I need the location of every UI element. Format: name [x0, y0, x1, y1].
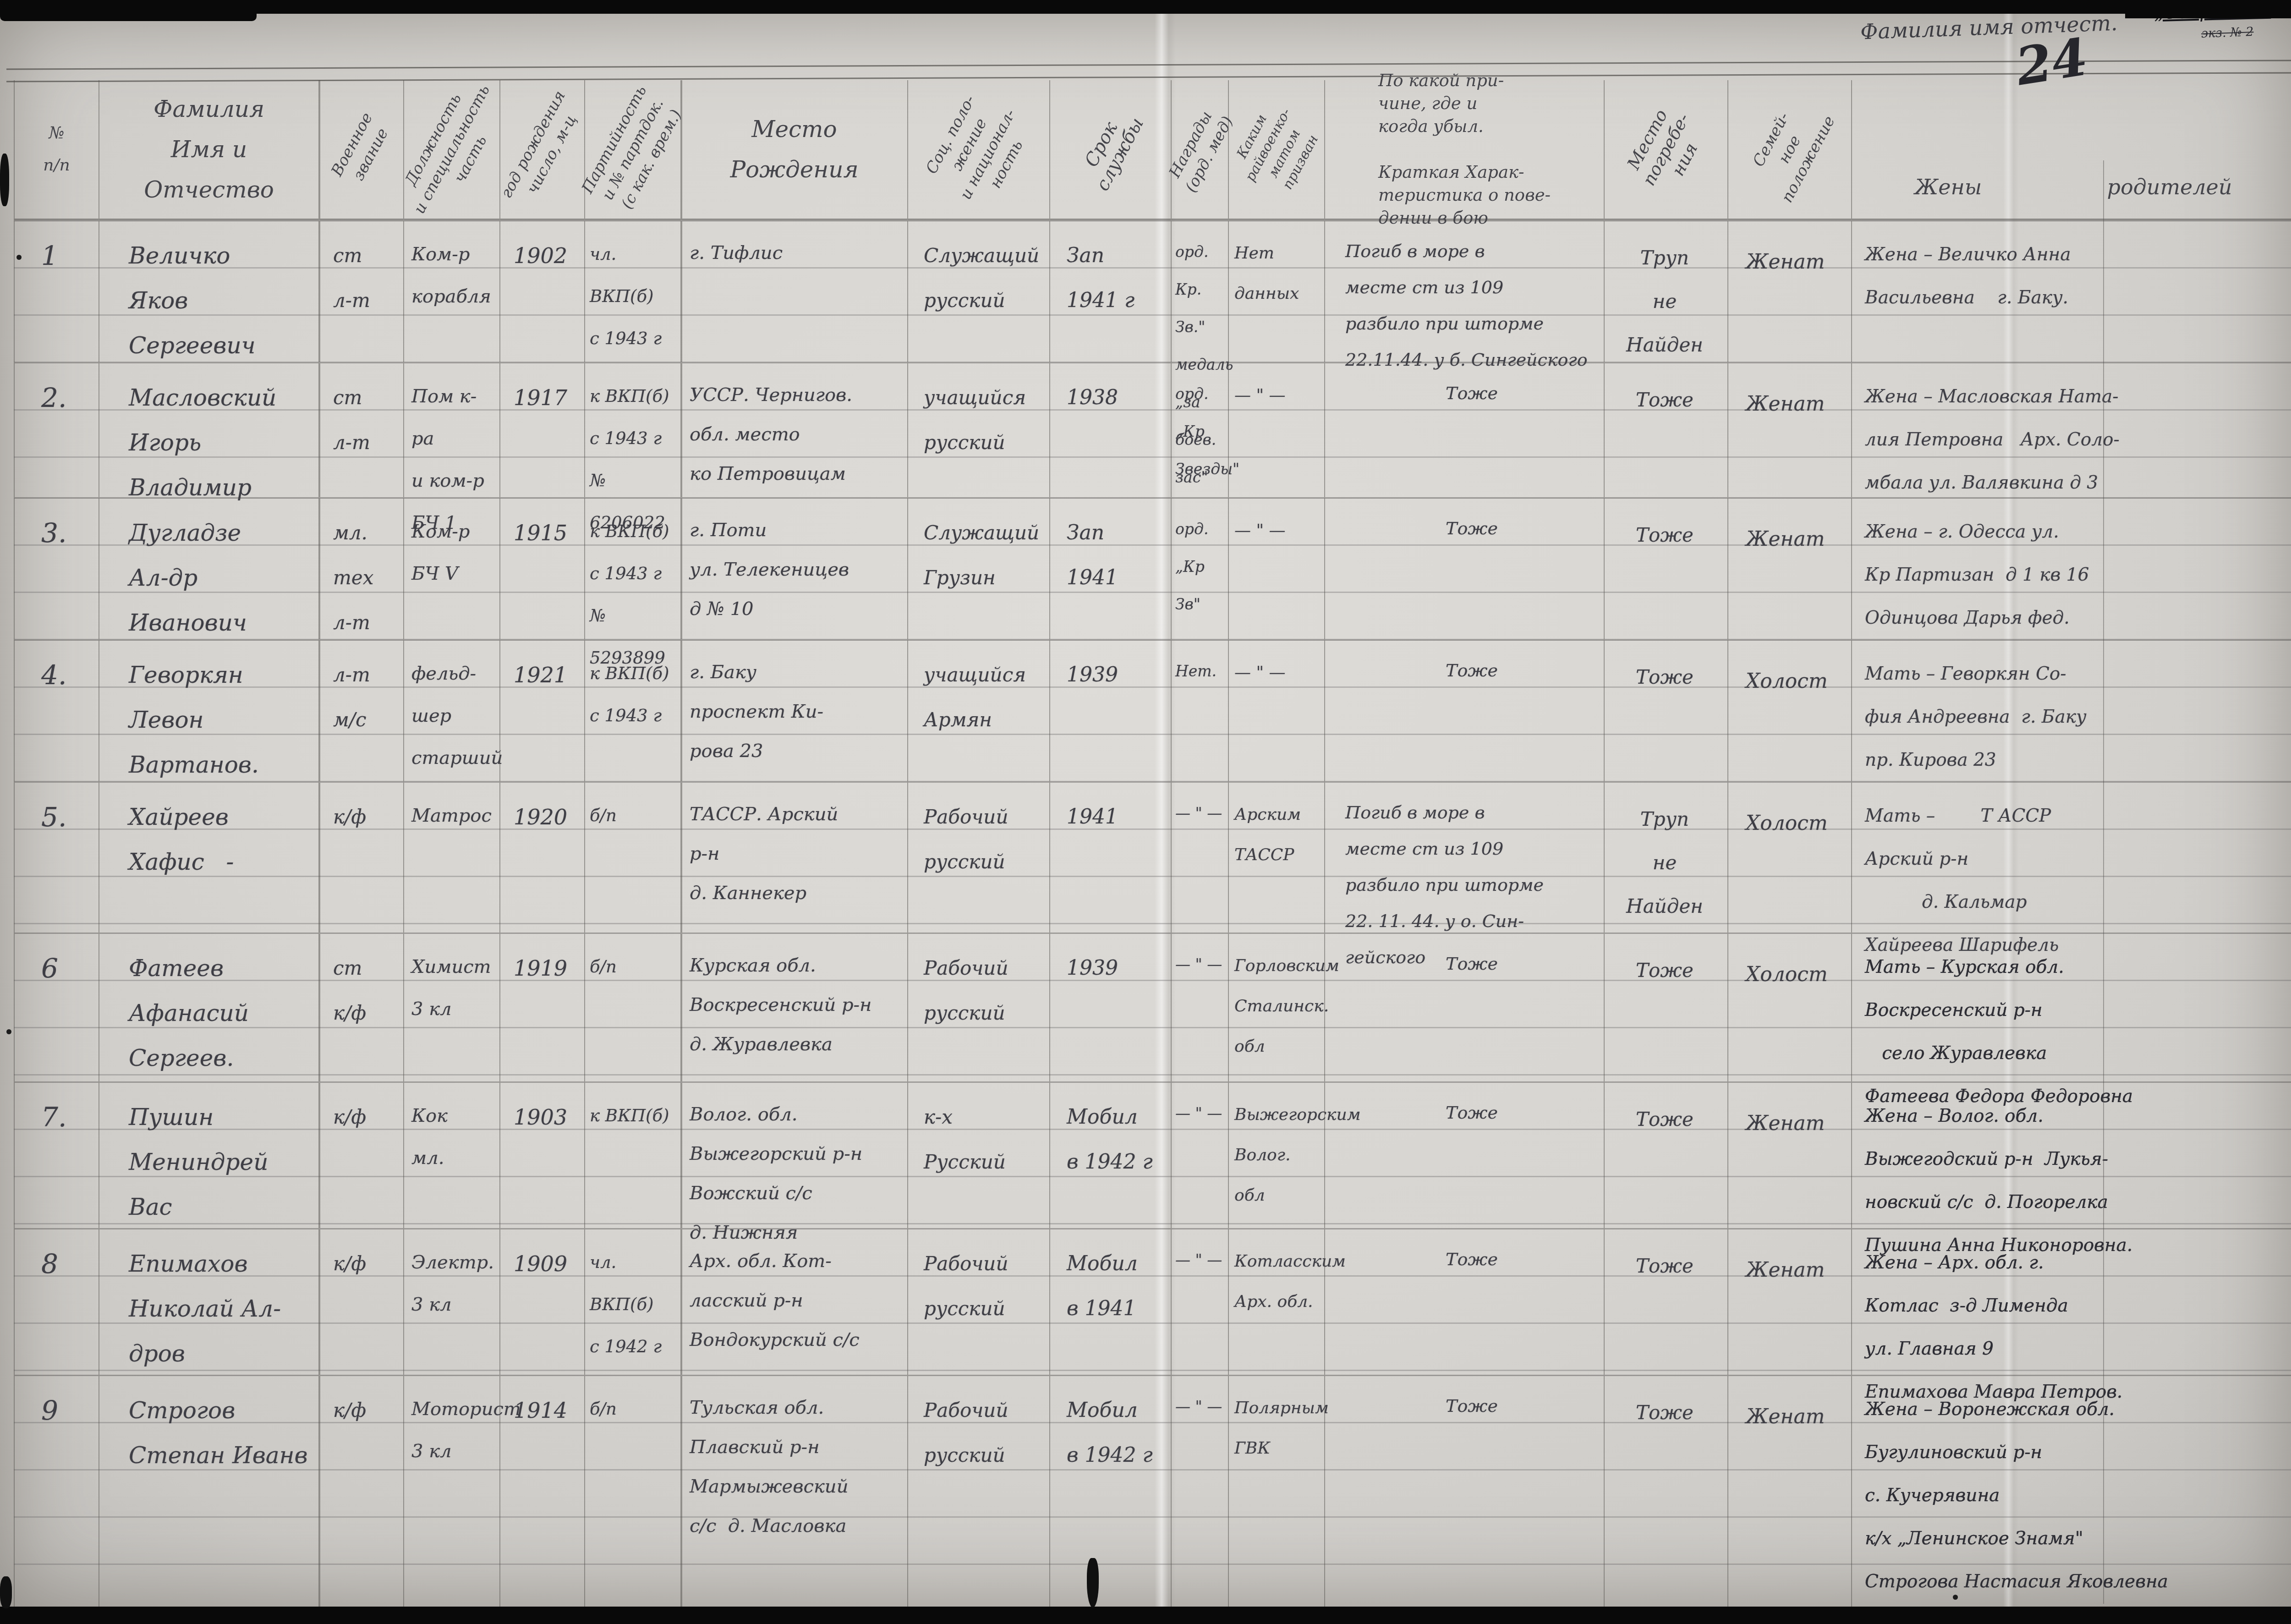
r4-social: учащийся Армян [907, 639, 1049, 781]
r4-awards: Нет. [1171, 639, 1228, 781]
scan-edge-top-right [2125, 0, 2291, 18]
r5-service: 1941 [1049, 781, 1171, 933]
r2-birthplace: УССР. Чернигов. обл. место ко Петровицам [680, 362, 907, 497]
hdr-rank: Военное звание [318, 80, 403, 220]
r2-party: к ВКП(б) с 1943 г № 6206022 [584, 362, 680, 497]
family-subcolumn-divider [2103, 160, 2104, 1604]
r1-awards: орд. Кр. Зв." медаль „за боев. зас" [1171, 220, 1228, 362]
r3-party: к ВКП(б) с 1943 г № 5293899 [584, 497, 680, 639]
r8-birth-year: 1909 [499, 1228, 584, 1375]
r5-family: Мать – Т АССР Арский р-н д. Кальмар Хайр… [1851, 781, 2291, 933]
hdr-name: Фамилия Имя и Отчество [99, 80, 318, 220]
r7-service: Мобил в 1942 г [1049, 1081, 1171, 1228]
r6-birthplace: Курская обл. Воскресенский р-н д. Журавл… [680, 933, 907, 1081]
r8-marital: Женат [1727, 1228, 1851, 1375]
r6-service: 1939 [1049, 933, 1171, 1081]
r7-name: Пушин Мениндрей Вас [99, 1081, 318, 1228]
r9-rank: к/ф [318, 1375, 403, 1624]
r8-cause: Тоже [1324, 1228, 1604, 1375]
hdr-birthplace: Место Рождения [680, 80, 907, 220]
r1-cause: Погиб в море в месте ст из 109 разбило п… [1324, 220, 1604, 362]
r8-social: Рабочий русский [907, 1228, 1049, 1375]
r4-party: к ВКП(б) с 1943 г [584, 639, 680, 781]
r8-birthplace: Арх. обл. Кот- ласский р-н Вондокурский … [680, 1228, 907, 1375]
r8-name: Епимахов Николай Ал-дров [99, 1228, 318, 1375]
r9-num: 9 [14, 1375, 99, 1624]
r1-party: чл. ВКП(б) с 1943 г [584, 220, 680, 362]
r8-rank: к/ф [318, 1228, 403, 1375]
r9-name: Строгов Степан Иванв [99, 1375, 318, 1624]
r6-birth-year: 1919 [499, 933, 584, 1081]
hdr-family-wife-label: Жены [1915, 175, 1982, 199]
r3-marital: Женат [1727, 497, 1851, 639]
hdr-draft-office: Каким райвоенко- матом призван [1228, 80, 1324, 220]
hdr-burial-label: Место погребе- ния [1620, 100, 1713, 199]
r9-service: Мобил в 1942 г [1049, 1375, 1171, 1624]
scan-speck [1953, 1595, 1958, 1600]
r9-social: Рабочий русский [907, 1375, 1049, 1624]
r1-name: Величко Яков Сергеевич [99, 220, 318, 362]
r1-burial: Труп не Найден [1604, 220, 1727, 362]
r9-cause: Тоже [1324, 1375, 1604, 1624]
hdr-cause-label: По какой при- чине, где и когда убыл. Кр… [1378, 69, 1551, 230]
hdr-family-parents-label: родителей [2107, 175, 2232, 199]
hdr-party-label: Партийность и № партдок. (с как. врем.) [577, 82, 689, 217]
r1-service: Зап 1941 г [1049, 220, 1171, 362]
r3-name: Дугладзе Ал-др Иванович [99, 497, 318, 639]
r7-duty: Кок мл. [403, 1081, 499, 1228]
r8-num: 8 [14, 1228, 99, 1375]
hdr-duty-label: Должность и специальность часть [390, 71, 514, 228]
r2-cause: Тоже [1324, 362, 1604, 497]
r3-duty: Ком-р БЧ V [403, 497, 499, 639]
hdr-rank-label: Военное звание [326, 109, 396, 190]
r4-cause: Тоже [1324, 639, 1604, 781]
r9-party: б/п [584, 1375, 680, 1624]
r6-party: б/п [584, 933, 680, 1081]
hdr-social: Соц. поло- жение и национал- ность [907, 80, 1049, 220]
r3-rank: мл. тех л-т [318, 497, 403, 639]
hdr-social-label: Соц. поло- жение и национал- ность [918, 86, 1039, 213]
copy-number-note: экз. № 2 [2201, 25, 2253, 41]
r5-party: б/п [584, 781, 680, 933]
hdr-marital: Семей- ное положение [1727, 80, 1851, 220]
r2-draft-office: — " — [1228, 362, 1324, 497]
r4-birth-year: 1921 [499, 639, 584, 781]
r6-burial: Тоже [1604, 933, 1727, 1081]
hdr-num-label: № п/п [43, 117, 70, 181]
hdr-awards-label: Награды (орд. мед) [1162, 103, 1238, 196]
r3-service: Зап 1941 [1049, 497, 1171, 639]
r5-num: 5. [14, 781, 99, 933]
r5-name: Хайреев Хафис - [99, 781, 318, 933]
r7-birth-year: 1903 [499, 1081, 584, 1228]
r6-name: Фатеев Афанасий Сергеев. [99, 933, 318, 1081]
r1-social: Служащий русский [907, 220, 1049, 362]
r1-family: Жена – Величко Анна Васильевна г. Баку. [1851, 220, 2291, 362]
r1-rank: ст л-т [318, 220, 403, 362]
r7-social: к-х Русский [907, 1081, 1049, 1228]
r8-duty: Электр. 3 кл [403, 1228, 499, 1375]
r3-birth-year: 1915 [499, 497, 584, 639]
r8-party: чл. ВКП(б) с 1942 г [584, 1228, 680, 1375]
hdr-cause: По какой при- чине, где и когда убыл. Кр… [1324, 80, 1604, 220]
r7-marital: Женат [1727, 1081, 1851, 1228]
r4-birthplace: г. Баку проспект Ки- рова 23 [680, 639, 907, 781]
r5-social: Рабочий русский [907, 781, 1049, 933]
r8-awards: — " — [1171, 1228, 1228, 1375]
r2-duty: Пом к-ра и ком-р БЧ 1 [403, 362, 499, 497]
scan-edge-bottom [0, 1607, 2291, 1624]
r1-birthplace: г. Тифлис [680, 220, 907, 362]
r2-marital: Женат [1727, 362, 1851, 497]
r4-burial: Тоже [1604, 639, 1727, 781]
page-number: 24 [2012, 27, 2092, 98]
scan-edge-top [0, 0, 2291, 14]
r9-awards: — " — [1171, 1375, 1228, 1624]
scan-artifact [0, 1576, 12, 1608]
r8-burial: Тоже [1604, 1228, 1727, 1375]
r3-awards: орд. „Кр Зв" [1171, 497, 1228, 639]
r4-name: Геворкян Левон Вартанов. [99, 639, 318, 781]
r5-marital: Холост [1727, 781, 1851, 933]
r4-family: Мать – Геворкян Со- фия Андреевна г. Бак… [1851, 639, 2291, 781]
r5-cause: Погиб в море в месте ст из 109 разбило п… [1324, 781, 1604, 933]
r5-birth-year: 1920 [499, 781, 584, 933]
scan-artifact [1087, 1558, 1099, 1608]
r2-name: Масловский Игорь Владимир [99, 362, 318, 497]
r1-birth-year: 1902 [499, 220, 584, 362]
r3-family: Жена – г. Одесса ул. Кр Партизан д 1 кв … [1851, 497, 2291, 639]
r9-draft-office: Полярным ГВК [1228, 1375, 1324, 1624]
r6-family: Мать – Курская обл. Воскресенский р-н се… [1851, 933, 2291, 1081]
r7-rank: к/ф [318, 1081, 403, 1228]
r3-cause: Тоже [1324, 497, 1604, 639]
r6-cause: Тоже [1324, 933, 1604, 1081]
r6-duty: Химист 3 кл [403, 933, 499, 1081]
r1-num: 1 [14, 220, 99, 362]
r5-awards: — " — [1171, 781, 1228, 933]
hdr-birthplace-label: Место Рождения [730, 109, 858, 190]
r2-burial: Тоже [1604, 362, 1727, 497]
r5-burial: Труп не Найден [1604, 781, 1727, 933]
hdr-party: Партийность и № партдок. (с как. врем.) [584, 80, 680, 220]
r5-rank: к/ф [318, 781, 403, 933]
r5-draft-office: Арским ТАССР [1228, 781, 1324, 933]
r9-burial: Тоже [1604, 1375, 1727, 1624]
personnel-table: № п/п Фамилия Имя и Отчество Военное зва… [14, 80, 2291, 1624]
hdr-marital-label: Семей- ное положение [1739, 93, 1840, 206]
r6-social: Рабочий русский [907, 933, 1049, 1081]
r2-rank: ст л-т [318, 362, 403, 497]
r2-num: 2. [14, 362, 99, 497]
hdr-num: № п/п [14, 80, 99, 220]
r8-draft-office: Котласским Арх. обл. [1228, 1228, 1324, 1375]
hdr-awards: Награды (орд. мед) [1171, 80, 1228, 220]
hdr-draft-office-label: Каким райвоенко- матом призван [1225, 97, 1328, 202]
r6-marital: Холост [1727, 933, 1851, 1081]
r5-duty: Матрос [403, 781, 499, 933]
r7-num: 7. [14, 1081, 99, 1228]
r5-birthplace: ТАССР. Арский р-н д. Каннекер [680, 781, 907, 933]
r9-family: Жена – Воронежская обл. Бугулиновский р-… [1851, 1375, 2291, 1624]
r7-cause: Тоже [1324, 1081, 1604, 1228]
scan-speck [16, 255, 22, 260]
r4-draft-office: — " — [1228, 639, 1324, 781]
r4-rank: л-т м/с [318, 639, 403, 781]
r4-marital: Холост [1727, 639, 1851, 781]
r7-party: к ВКП(б) [584, 1081, 680, 1228]
hdr-family: Жены родителей [1851, 80, 2291, 220]
scan-speck [6, 1029, 11, 1034]
r6-rank: ст к/ф [318, 933, 403, 1081]
r3-draft-office: — " — [1228, 497, 1324, 639]
r7-draft-office: Выжегорским Волог. обл [1228, 1081, 1324, 1228]
r3-birthplace: г. Поти ул. Телекеницев д № 10 [680, 497, 907, 639]
r7-burial: Тоже [1604, 1081, 1727, 1228]
r9-duty: Моторист 3 кл [403, 1375, 499, 1624]
r3-burial: Тоже [1604, 497, 1727, 639]
r7-family: Жена – Волог. обл. Выжегодский р-н Лукья… [1851, 1081, 2291, 1228]
r4-service: 1939 [1049, 639, 1171, 781]
r2-awards: орд. „Кр Звезды" [1171, 362, 1228, 497]
r8-service: Мобил в 1941 [1049, 1228, 1171, 1375]
r6-draft-office: Горловским Сталинск. обл [1228, 933, 1324, 1081]
r1-marital: Женат [1727, 220, 1851, 362]
scan-edge-top-thick [0, 0, 257, 21]
r6-awards: — " — [1171, 933, 1228, 1081]
hdr-service-label: Срок службы [1073, 104, 1148, 194]
r9-birthplace: Тульская обл. Плавский р-н Мармыжевский … [680, 1375, 907, 1624]
r9-marital: Женат [1727, 1375, 1851, 1624]
r2-social: учащийся русский [907, 362, 1049, 497]
r2-birth-year: 1917 [499, 362, 584, 497]
r3-social: Служащий Грузин [907, 497, 1049, 639]
r1-duty: Ком-р корабля [403, 220, 499, 362]
hdr-duty: Должность и специальность часть [403, 80, 499, 220]
r7-birthplace: Волог. обл. Выжегорский р-н Вожский с/с … [680, 1081, 907, 1228]
hdr-name-label: Фамилия Имя и Отчество [144, 89, 274, 210]
r4-duty: фельд- шер старший [403, 639, 499, 781]
hdr-service: Срок службы [1049, 80, 1171, 220]
r3-num: 3. [14, 497, 99, 639]
r4-num: 4. [14, 639, 99, 781]
r2-service: 1938 [1049, 362, 1171, 497]
r7-awards: — " — [1171, 1081, 1228, 1228]
r9-birth-year: 1914 [499, 1375, 584, 1624]
r8-family: Жена – Арх. обл. г. Котлас з-д Лименда у… [1851, 1228, 2291, 1375]
scan-artifact [0, 154, 9, 206]
r2-family: Жена – Масловская Ната- лия Петровна Арх… [1851, 362, 2291, 497]
hdr-burial: Место погребе- ния [1604, 80, 1727, 220]
r1-draft-office: Нет данных [1228, 220, 1324, 362]
r6-num: 6 [14, 933, 99, 1081]
scanned-register-page: { "corner": { "secret": "„Секретно\"", "… [0, 0, 2291, 1624]
